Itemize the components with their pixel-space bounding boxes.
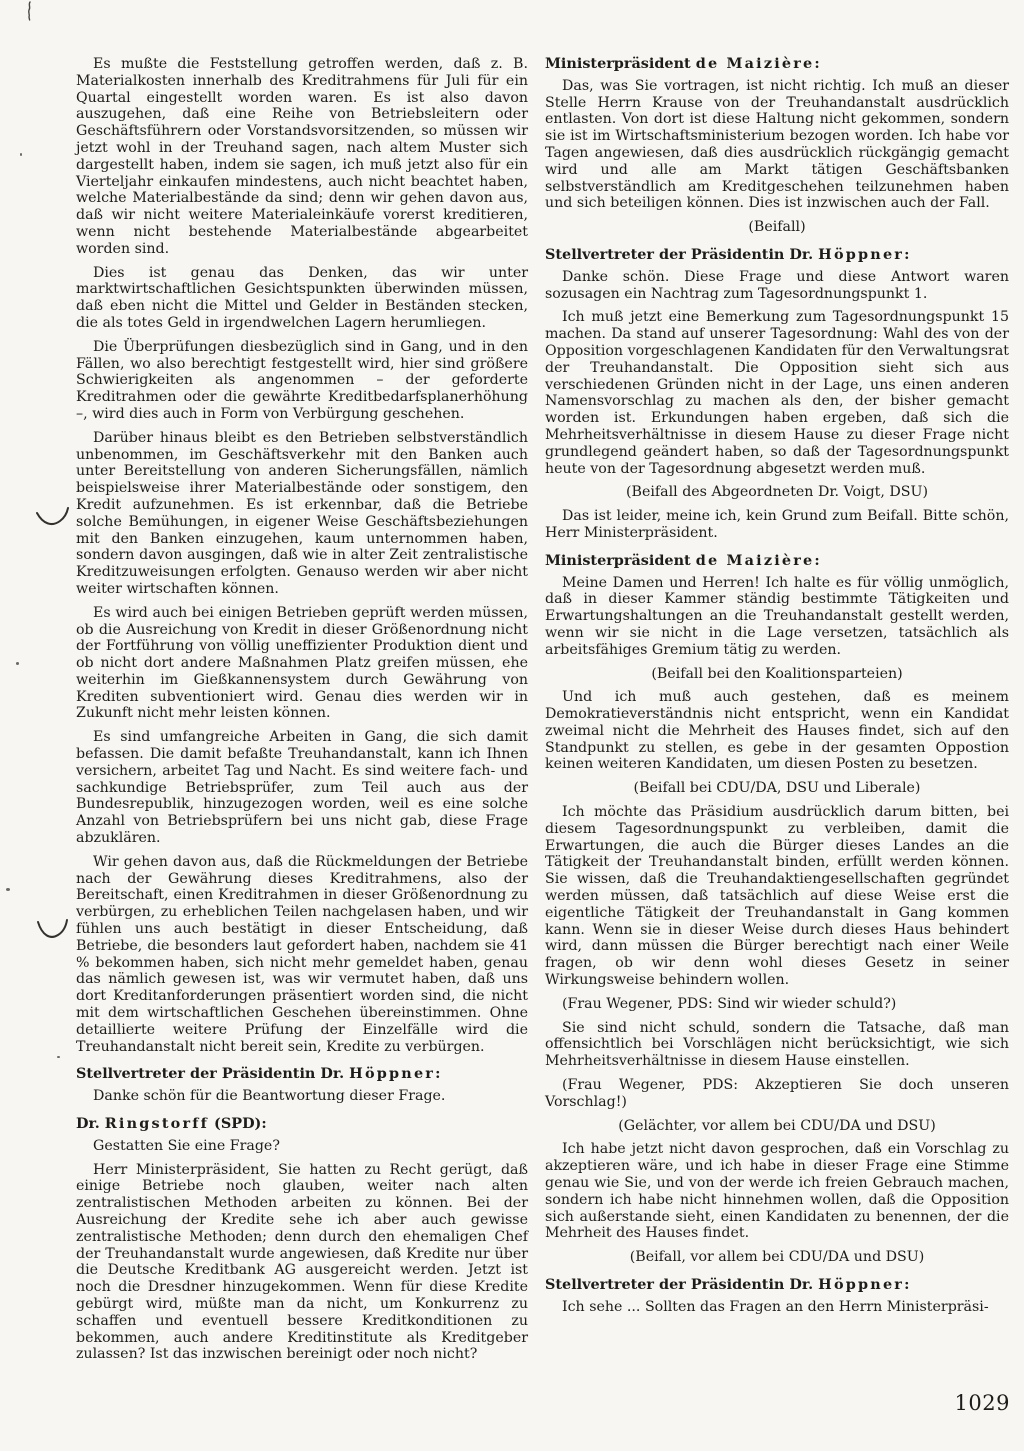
paragraph: Danke schön. Diese Frage und diese Antwo…	[545, 269, 1009, 303]
paragraph: Es mußte die Feststellung getroffen werd…	[76, 56, 528, 258]
curved-pen-mark-lower	[36, 917, 70, 943]
paragraph: Ich habe jetzt nicht davon gesprochen, d…	[545, 1141, 1009, 1242]
speaker-title: Ministerpräsident	[545, 552, 691, 569]
speaker-suffix: :	[904, 246, 909, 263]
scan-speck	[16, 662, 19, 665]
speaker-heading: Ministerpräsident de Maizière:	[545, 56, 1009, 73]
stage-direction: (Beifall des Abgeordneten Dr. Voigt, DSU…	[545, 484, 1009, 501]
speaker-title: Stellvertreter der Präsidentin Dr.	[545, 246, 813, 263]
paragraph: Das, was Sie vortragen, ist nicht richti…	[545, 78, 1009, 212]
paragraph: Das ist leider, meine ich, kein Grund zu…	[545, 508, 1009, 542]
paragraph: Gestatten Sie eine Frage?	[76, 1138, 528, 1155]
stage-direction: (Beifall)	[545, 219, 1009, 236]
two-column-text-area: Es mußte die Feststellung getroffen werd…	[76, 56, 1009, 1370]
scribble-top-left-mark	[24, 1, 36, 21]
speaker-suffix: :	[814, 55, 819, 72]
speaker-name: Ringstorff	[105, 1115, 209, 1132]
paragraph: Wir gehen davon aus, daß die Rückmeldung…	[76, 854, 528, 1056]
speaker-title: Stellvertreter der Präsidentin Dr.	[545, 1276, 813, 1293]
speaker-name: de Maizière	[696, 55, 815, 72]
paragraph: Es sind umfangreiche Arbeiten in Gang, d…	[76, 729, 528, 847]
speaker-suffix: :	[904, 1276, 909, 1293]
paragraph: Es wird auch bei einigen Betrieben geprü…	[76, 605, 528, 723]
paragraph: Ich möchte das Präsidium ausdrücklich da…	[545, 804, 1009, 989]
scan-speck	[57, 1056, 60, 1058]
speaker-name: Höppner	[818, 1276, 904, 1293]
paragraph: Dies ist genau das Denken, das wir unter…	[76, 265, 528, 332]
scan-speck	[20, 153, 22, 156]
speaker-heading: Ministerpräsident de Maizière:	[545, 553, 1009, 570]
speaker-title: Dr.	[76, 1115, 100, 1132]
speaker-suffix: :	[814, 552, 819, 569]
stage-direction: (Beifall bei CDU/DA, DSU und Liberale)	[545, 780, 1009, 797]
paragraph: Ich muß jetzt eine Bemerkung zum Tagesor…	[545, 309, 1009, 477]
interjection-paragraph: (Frau Wegener, PDS: Akzeptieren Sie doch…	[545, 1077, 1009, 1111]
paragraph: Und ich muß auch gestehen, daß es meinem…	[545, 689, 1009, 773]
paragraph: Die Überprüfungen diesbezüglich sind in …	[76, 339, 528, 423]
speaker-suffix: :	[435, 1065, 440, 1082]
speaker-heading: Stellvertreter der Präsidentin Dr. Höppn…	[76, 1066, 528, 1083]
stage-direction: (Gelächter, vor allem bei CDU/DA und DSU…	[545, 1118, 1009, 1135]
left-column: Es mußte die Feststellung getroffen werd…	[76, 56, 528, 1370]
speaker-heading: Stellvertreter der Präsidentin Dr. Höppn…	[545, 247, 1009, 264]
speaker-title: Ministerpräsident	[545, 55, 691, 72]
right-column: Ministerpräsident de Maizière: Das, was …	[545, 56, 1009, 1370]
speaker-heading: Stellvertreter der Präsidentin Dr. Höppn…	[545, 1277, 1009, 1294]
speaker-suffix: (SPD):	[209, 1115, 267, 1132]
interjection-paragraph: (Frau Wegener, PDS: Sind wir wieder schu…	[545, 996, 1009, 1013]
speaker-name: de Maizière	[696, 552, 815, 569]
scan-speck	[6, 888, 10, 891]
stage-direction: (Beifall, vor allem bei CDU/DA und DSU)	[545, 1249, 1009, 1266]
paragraph: Ich sehe ... Sollten das Fragen an den H…	[545, 1299, 1009, 1316]
paragraph: Danke schön für die Beantwortung dieser …	[76, 1088, 528, 1105]
stage-direction: (Beifall bei den Koalitionsparteien)	[545, 666, 1009, 683]
speaker-name: Höppner	[818, 246, 904, 263]
curved-pen-mark-upper	[36, 505, 70, 529]
paragraph: Sie sind nicht schuld, sondern die Tatsa…	[545, 1020, 1009, 1070]
paragraph: Meine Damen und Herren! Ich halte es für…	[545, 575, 1009, 659]
speaker-name: Höppner	[349, 1065, 435, 1082]
speaker-title: Stellvertreter der Präsidentin Dr.	[76, 1065, 344, 1082]
speaker-heading: Dr. Ringstorff (SPD):	[76, 1116, 528, 1133]
page-number: 1029	[918, 1391, 1010, 1415]
paragraph: Darüber hinaus bleibt es den Betrieben s…	[76, 430, 528, 598]
paragraph: Herr Ministerpräsident, Sie hatten zu Re…	[76, 1162, 528, 1364]
document-page: Es mußte die Feststellung getroffen werd…	[0, 0, 1024, 1451]
